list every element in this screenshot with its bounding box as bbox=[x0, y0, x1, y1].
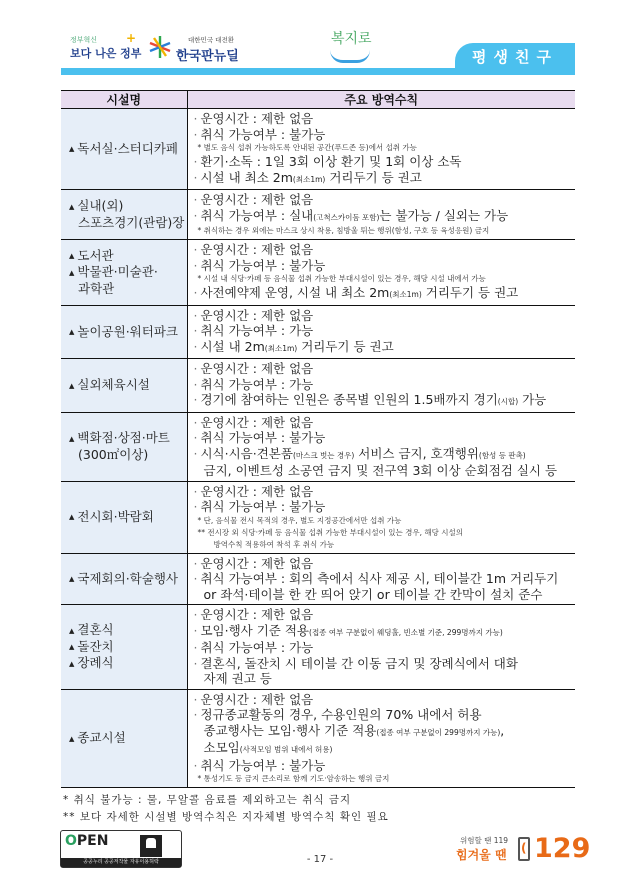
license-type-icon bbox=[140, 835, 162, 857]
rule-line: ·사전예약제 운영, 시설 내 최소 2m(최소1m) 거리두기 등 권고 bbox=[194, 285, 576, 303]
facility-cell: ▲결혼식▲돌잔치▲장례식 bbox=[61, 605, 187, 690]
rule-line: ·시식·시음·견본품(마스크 벗는 경우) 서비스 금지, 호객행위(함성 등 … bbox=[194, 446, 576, 464]
bullet-dot-icon: · bbox=[194, 111, 198, 126]
rule-note: ** 전시장 외 식당·카페 등 음식물 섭취 가능한 부대시설이 있는 경우,… bbox=[194, 527, 576, 539]
facility-name: 실내(외) bbox=[77, 198, 123, 213]
triangle-bullet-icon: ▲ bbox=[69, 435, 74, 443]
rule-note: * 취식하는 경우 외에는 마스크 상시 착용, 침방울 튀는 행위(함성, 구… bbox=[194, 225, 576, 237]
rules-cell: ·운영시간 : 제한 없음·취식 가능여부 : 가능·시설 내 2m(최소1m)… bbox=[187, 305, 575, 359]
rule-line: 자제 권고 등 bbox=[194, 671, 576, 687]
rule-line: ·취식 가능여부 : 불가능 bbox=[194, 430, 576, 446]
rule-line: ·운영시간 : 제한 없음 bbox=[194, 111, 576, 127]
section-tab-label: 평생친구 bbox=[455, 46, 575, 67]
page-header: 정부혁신 보다 나은 정부 + 대한민국 대전환 한국판뉴딜 복지로 평생친구 bbox=[0, 0, 636, 80]
rule-line: ·운영시간 : 제한 없음 bbox=[194, 692, 576, 708]
rule-line: ·운영시간 : 제한 없음 bbox=[194, 361, 576, 377]
rule-line: ·정규종교활동의 경우, 수용인원의 70% 내에서 허용 bbox=[194, 707, 576, 723]
rules-cell: ·운영시간 : 제한 없음·취식 가능여부 : 가능·경기에 참여하는 인원은 … bbox=[187, 359, 575, 413]
rule-line: ·결혼식, 돌잔치 시 테이블 간 이동 금지 및 장례식에서 대화 bbox=[194, 656, 576, 672]
triangle-bullet-icon: ▲ bbox=[69, 382, 74, 390]
rule-line: ·운영시간 : 제한 없음 bbox=[194, 484, 576, 500]
bullet-dot-icon: · bbox=[194, 640, 198, 655]
bullet-dot-icon: · bbox=[194, 415, 198, 430]
footnotes: * 취식 불가능 : 물, 무알콜 음료를 제외하고는 취식 금지 ** 보다 … bbox=[63, 792, 389, 826]
table-row: ▲독서실·스터디카페·운영시간 : 제한 없음·취식 가능여부 : 불가능* 별… bbox=[61, 109, 575, 190]
bullet-dot-icon: · bbox=[194, 127, 198, 142]
rule-line: ·운영시간 : 제한 없음 bbox=[194, 308, 576, 324]
bullet-dot-icon: · bbox=[194, 377, 198, 392]
bullet-dot-icon: · bbox=[194, 154, 198, 169]
rule-line: ·운영시간 : 제한 없음 bbox=[194, 607, 576, 623]
triangle-bullet-icon: ▲ bbox=[69, 328, 74, 336]
facility-name: 실외체육시설 bbox=[77, 377, 149, 392]
rule-line: ·취식 가능여부 : 가능 bbox=[194, 640, 576, 656]
smile-icon bbox=[330, 50, 370, 63]
facility-name: 도서관 bbox=[77, 248, 113, 263]
rule-note: 방역수칙 적용하여 착석 후 취식 가능 bbox=[194, 539, 576, 551]
rules-cell: ·운영시간 : 제한 없음·취식 가능여부 : 실내(고척스카이돔 포함)는 불… bbox=[187, 190, 575, 240]
facility-name: 과학관 bbox=[78, 281, 114, 296]
triangle-bullet-icon: ▲ bbox=[69, 252, 74, 260]
bullet-dot-icon: · bbox=[194, 361, 198, 376]
rule-line: ·취식 가능여부 : 실내(고척스카이돔 포함)는 불가능 / 실외는 가능 bbox=[194, 208, 576, 226]
facility-cell: ▲도서관▲박물관·미술관·과학관 bbox=[61, 240, 187, 306]
open-o-icon: O bbox=[65, 833, 77, 849]
facility-name: 종교시설 bbox=[77, 730, 125, 745]
bullet-dot-icon: · bbox=[194, 242, 198, 257]
rule-line: ·시설 내 2m(최소1m) 거리두기 등 권고 bbox=[194, 339, 576, 357]
gov-innovation-logo: 정부혁신 보다 나은 정부 + bbox=[68, 33, 138, 63]
rules-cell: ·운영시간 : 제한 없음·취식 가능여부 : 불가능* 시설 내 식당·카페 … bbox=[187, 240, 575, 306]
rule-note: * 별도 음식 섭취 가능하도록 안내된 공간(푸드존 등)에서 섭취 가능 bbox=[194, 142, 576, 154]
facility-cell: ▲종교시설 bbox=[61, 689, 187, 788]
rule-note: * 시설 내 식당·카페 등 음식물 섭취 가능한 부대시설이 있는 경우, 해… bbox=[194, 273, 576, 285]
bullet-dot-icon: · bbox=[194, 556, 198, 571]
facility-name: 놀이공원·워터파크 bbox=[77, 324, 178, 339]
rule-line: ·모임·행사 기준 적용(접종 여부 구분없이 웨딩홀, 빈소별 기준, 299… bbox=[194, 623, 576, 641]
bullet-dot-icon: · bbox=[194, 623, 198, 638]
rule-line: 종교행사는 모임·행사 기준 적용(접종 여부 구분없이 299명까지 가능), bbox=[194, 723, 576, 741]
bullet-dot-icon: · bbox=[194, 323, 198, 338]
facility-cell: ▲백화점·상점·마트(300㎡이상) bbox=[61, 412, 187, 481]
rules-cell: ·운영시간 : 제한 없음·취식 가능여부 : 불가능* 단, 음식물 전시 목… bbox=[187, 481, 575, 553]
bullet-dot-icon: · bbox=[194, 758, 198, 773]
helpline-129-logo: 위험할 땐 119 힘겨울 땐 129 bbox=[456, 833, 596, 867]
footnote: ** 보다 자세한 시설별 방역수칙은 지자체별 방역수칙 확인 필요 bbox=[63, 809, 389, 826]
facility-name: 스포츠경기(관람)장 bbox=[78, 215, 184, 230]
rule-note: * 통성기도 등 금지 큰소리로 함께 기도·암송하는 행위 금지 bbox=[194, 773, 576, 785]
rules-cell: ·운영시간 : 제한 없음·취식 가능여부 : 회의 측에서 식사 제공 시, … bbox=[187, 553, 575, 605]
bullet-dot-icon: · bbox=[194, 430, 198, 445]
rule-line: ·취식 가능여부 : 가능 bbox=[194, 323, 576, 339]
table-row: ▲전시회·박람회·운영시간 : 제한 없음·취식 가능여부 : 불가능* 단, … bbox=[61, 481, 575, 553]
triangle-bullet-icon: ▲ bbox=[69, 627, 74, 635]
bullet-dot-icon: · bbox=[194, 339, 198, 354]
rules-cell: ·운영시간 : 제한 없음·모임·행사 기준 적용(접종 여부 구분없이 웨딩홀… bbox=[187, 605, 575, 690]
triangle-bullet-icon: ▲ bbox=[69, 145, 74, 153]
column-header-rules: 주요 방역수칙 bbox=[187, 91, 575, 109]
rule-line: ·취식 가능여부 : 불가능 bbox=[194, 499, 576, 515]
korean-new-deal-logo: 대한민국 대전환 한국판뉴딜 bbox=[148, 33, 268, 63]
bullet-dot-icon: · bbox=[194, 692, 198, 707]
facility-name: 백화점·상점·마트 bbox=[77, 430, 169, 445]
footnote: * 취식 불가능 : 물, 무알콜 음료를 제외하고는 취식 금지 bbox=[63, 792, 389, 809]
table-header-row: 시설명 주요 방역수칙 bbox=[61, 91, 575, 109]
bullet-dot-icon: · bbox=[194, 208, 198, 223]
table-row: ▲실외체육시설·운영시간 : 제한 없음·취식 가능여부 : 가능·경기에 참여… bbox=[61, 359, 575, 413]
facility-cell: ▲독서실·스터디카페 bbox=[61, 109, 187, 190]
bullet-dot-icon: · bbox=[194, 656, 198, 671]
facility-name: 장례식 bbox=[77, 655, 113, 670]
bullet-dot-icon: · bbox=[194, 258, 198, 273]
bullet-dot-icon: · bbox=[194, 707, 198, 722]
rule-line: ·운영시간 : 제한 없음 bbox=[194, 192, 576, 208]
facility-cell: ▲놀이공원·워터파크 bbox=[61, 305, 187, 359]
table-row: ▲실내(외)스포츠경기(관람)장·운영시간 : 제한 없음·취식 가능여부 : … bbox=[61, 190, 575, 240]
rules-cell: ·운영시간 : 제한 없음·취식 가능여부 : 불가능* 별도 음식 섭취 가능… bbox=[187, 109, 575, 190]
bullet-dot-icon: · bbox=[194, 285, 198, 300]
facility-cell: ▲실외체육시설 bbox=[61, 359, 187, 413]
rule-line: ·취식 가능여부 : 불가능 bbox=[194, 127, 576, 143]
bullet-dot-icon: · bbox=[194, 446, 198, 461]
facility-cell: ▲실내(외)스포츠경기(관람)장 bbox=[61, 190, 187, 240]
facility-name: 전시회·박람회 bbox=[77, 509, 153, 524]
triangle-bullet-icon: ▲ bbox=[69, 735, 74, 743]
triangle-bullet-icon: ▲ bbox=[69, 269, 74, 277]
rule-line: 금지, 이벤트성 소공연 금지 및 전구역 3회 이상 순회점검 실시 등 bbox=[194, 463, 576, 479]
bullet-dot-icon: · bbox=[194, 308, 198, 323]
column-header-facility: 시설명 bbox=[61, 91, 187, 109]
rule-line: ·경기에 참여하는 인원은 종목별 인원의 1.5배까지 경기(시합) 가능 bbox=[194, 392, 576, 410]
bokjiro-logo: 복지로 bbox=[325, 28, 375, 64]
facility-name: (300㎡이상) bbox=[78, 447, 148, 462]
plus-icon: + bbox=[126, 31, 136, 45]
new-deal-star-icon bbox=[148, 35, 172, 59]
rule-line: ·환기·소독 : 1일 3회 이상 환기 및 1회 이상 소독 bbox=[194, 154, 576, 170]
triangle-bullet-icon: ▲ bbox=[69, 203, 74, 211]
facility-name: 결혼식 bbox=[77, 622, 113, 637]
table-row: ▲결혼식▲돌잔치▲장례식·운영시간 : 제한 없음·모임·행사 기준 적용(접종… bbox=[61, 605, 575, 690]
table-row: ▲놀이공원·워터파크·운영시간 : 제한 없음·취식 가능여부 : 가능·시설 … bbox=[61, 305, 575, 359]
rule-line: ·취식 가능여부 : 불가능 bbox=[194, 758, 576, 774]
rule-line: 소모임(사적모임 범위 내에서 허용) bbox=[194, 740, 576, 758]
rule-line: or 좌석·테이블 한 칸 띄어 앉기 or 테이블 간 칸막이 설치 준수 bbox=[194, 587, 576, 603]
quarantine-rules-table: 시설명 주요 방역수칙 ▲독서실·스터디카페·운영시간 : 제한 없음·취식 가… bbox=[61, 90, 575, 788]
rule-line: ·시설 내 최소 2m(최소1m) 거리두기 등 권고 bbox=[194, 170, 576, 188]
table-row: ▲도서관▲박물관·미술관·과학관·운영시간 : 제한 없음·취식 가능여부 : … bbox=[61, 240, 575, 306]
rule-line: ·운영시간 : 제한 없음 bbox=[194, 242, 576, 258]
rule-line: ·취식 가능여부 : 불가능 bbox=[194, 258, 576, 274]
page-number: - 17 - bbox=[290, 854, 350, 865]
facility-name: 독서실·스터디카페 bbox=[77, 141, 178, 156]
bullet-dot-icon: · bbox=[194, 192, 198, 207]
rule-line: ·취식 가능여부 : 회의 측에서 식사 제공 시, 테이블간 1m 거리두기 bbox=[194, 571, 576, 587]
facility-cell: ▲전시회·박람회 bbox=[61, 481, 187, 553]
table-row: ▲국제회의·학술행사·운영시간 : 제한 없음·취식 가능여부 : 회의 측에서… bbox=[61, 553, 575, 605]
triangle-bullet-icon: ▲ bbox=[69, 575, 74, 583]
bullet-dot-icon: · bbox=[194, 170, 198, 185]
triangle-bullet-icon: ▲ bbox=[69, 643, 74, 651]
facility-name: 국제회의·학술행사 bbox=[77, 571, 178, 586]
rules-cell: ·운영시간 : 제한 없음·취식 가능여부 : 불가능·시식·시음·견본품(마스… bbox=[187, 412, 575, 481]
table-row: ▲종교시설·운영시간 : 제한 없음·정규종교활동의 경우, 수용인원의 70%… bbox=[61, 689, 575, 788]
bullet-dot-icon: · bbox=[194, 392, 198, 407]
bullet-dot-icon: · bbox=[194, 484, 198, 499]
rule-note: * 단, 음식물 전시 목적의 경우, 별도 지정공간에서만 섭취 가능 bbox=[194, 515, 576, 527]
rules-cell: ·운영시간 : 제한 없음·정규종교활동의 경우, 수용인원의 70% 내에서 … bbox=[187, 689, 575, 788]
bullet-dot-icon: · bbox=[194, 499, 198, 514]
open-label: PEN bbox=[77, 833, 109, 849]
rule-line: ·운영시간 : 제한 없음 bbox=[194, 415, 576, 431]
phone-icon bbox=[518, 837, 530, 861]
triangle-bullet-icon: ▲ bbox=[69, 660, 74, 668]
bullet-dot-icon: · bbox=[194, 607, 198, 622]
rule-line: ·취식 가능여부 : 가능 bbox=[194, 377, 576, 393]
triangle-bullet-icon: ▲ bbox=[69, 513, 74, 521]
table-row: ▲백화점·상점·마트(300㎡이상)·운영시간 : 제한 없음·취식 가능여부 … bbox=[61, 412, 575, 481]
rule-line: ·운영시간 : 제한 없음 bbox=[194, 556, 576, 572]
facility-cell: ▲국제회의·학술행사 bbox=[61, 553, 187, 605]
bullet-dot-icon: · bbox=[194, 571, 198, 586]
facility-name: 박물관·미술관· bbox=[77, 264, 157, 279]
open-license-badge: OPEN 공공누리 공공저작물 자유이용허락 bbox=[60, 830, 182, 868]
facility-name: 돌잔치 bbox=[77, 639, 113, 654]
